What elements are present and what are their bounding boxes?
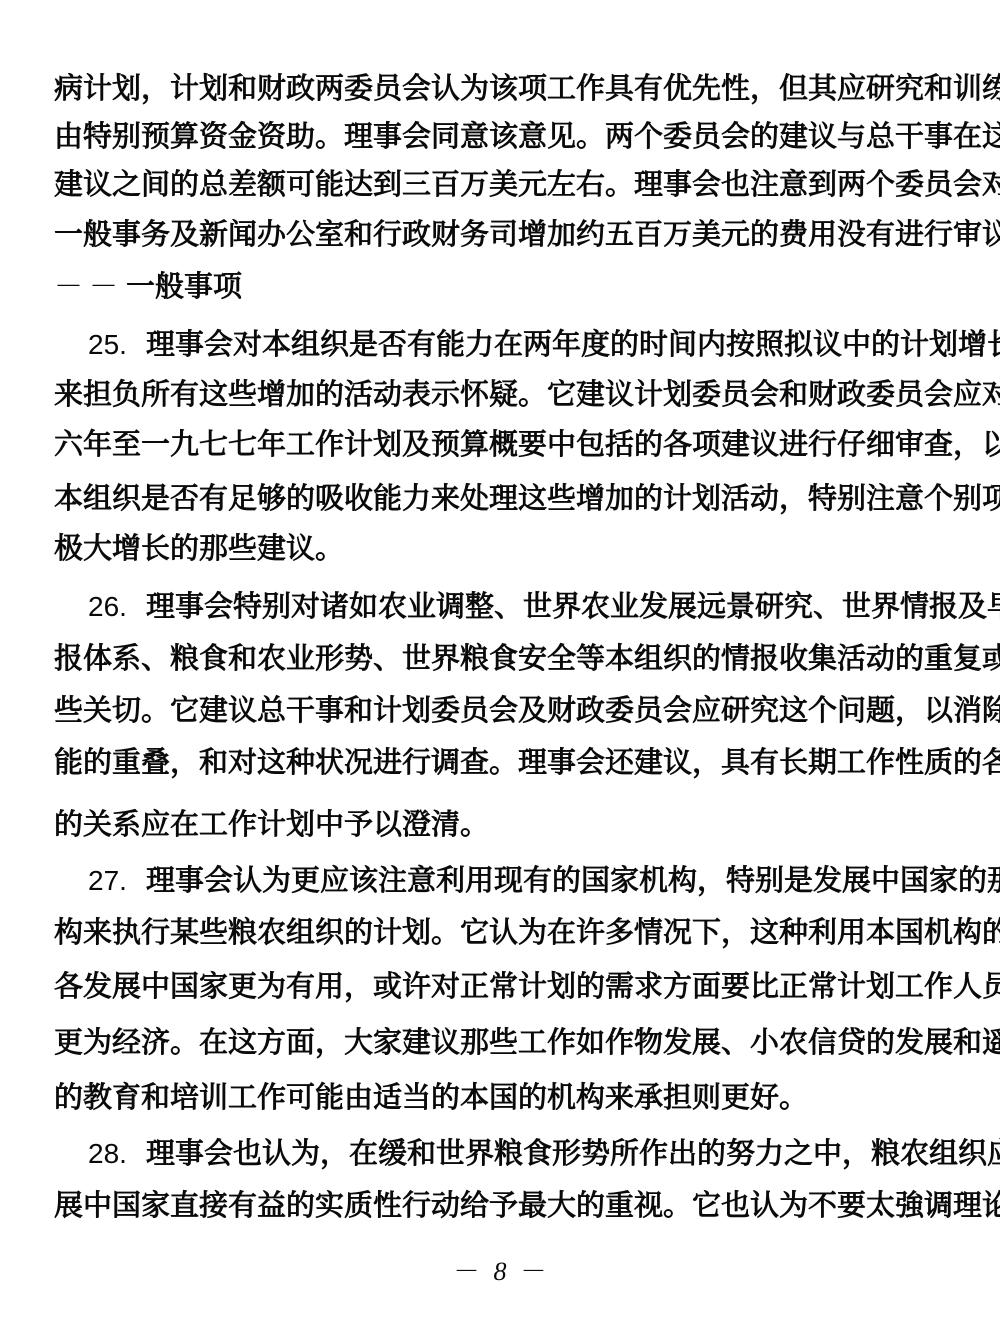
paragraph-27-first-line: 27.理事会认为更应该注意利用现有的国家机构，特别是发展中国家的那些机 bbox=[88, 860, 957, 900]
text-line: 各发展中国家更为有用，或许对正常计划的需求方面要比正常计划工作人员来执行 bbox=[54, 966, 957, 1006]
text-line: 病计划，计划和财政两委员会认为该项工作具有优先性，但其应研究和训练活动应 bbox=[54, 68, 957, 108]
text-line: 能的重叠，和对这种状况进行调查。理事会还建议，具有长期工作性质的各计划间 bbox=[54, 742, 957, 782]
text-line: 建议之间的总差额可能达到三百万美元左右。理事会也注意到两个委员会对准备给 bbox=[54, 164, 957, 204]
paragraph-28-first-line: 28.理事会也认为，在缓和世界粮食形势所作出的努力之中，粮农组织应对发 bbox=[88, 1133, 957, 1173]
text-line: 展中国家直接有益的实质性行动给予最大的重视。它也认为不要太強调理论性研究， bbox=[54, 1185, 957, 1225]
page-number-digit: 8 bbox=[494, 1257, 507, 1286]
text-line: 极大增长的那些建议。 bbox=[54, 528, 957, 568]
page-number-left-dash: － bbox=[453, 1257, 479, 1286]
text-line: 由特别预算资金资助。理事会同意该意见。两个委员会的建议与总干事在这方面的 bbox=[54, 116, 957, 156]
text-line: 一般事务及新闻办公室和行政财务司增加约五百万美元的费用没有进行审议。 bbox=[54, 214, 957, 254]
text-line: 理事会对本组织是否有能力在两年度的时间内按照拟议中的计划增长规模 bbox=[146, 327, 1000, 361]
paragraph-number: 27. bbox=[88, 861, 146, 901]
paragraph-25-first-line: 25.理事会对本组织是否有能力在两年度的时间内按照拟议中的计划增长规模 bbox=[88, 324, 957, 364]
text-line: 更为经济。在这方面，大家建议那些工作如作物发展、小农信贷的发展和遥测方面 bbox=[54, 1022, 957, 1062]
paragraph-number: 26. bbox=[88, 587, 146, 627]
document-page: 病计划，计划和财政两委员会认为该项工作具有优先性，但其应研究和训练活动应 由特别… bbox=[0, 0, 1000, 1327]
paragraph-26-first-line: 26.理事会特别对诸如农业调整、世界农业发展远景研究、世界情报及早期预 bbox=[88, 586, 957, 626]
page-number-right-dash: － bbox=[521, 1257, 547, 1286]
section-heading: －－一般事项 bbox=[54, 266, 957, 306]
text-line: 六年至一九七七年工作计划及预算概要中包括的各项建议进行仔细审查，以便确定 bbox=[54, 424, 957, 464]
page-number: －8－ bbox=[0, 1256, 1000, 1288]
text-line: 的教育和培训工作可能由适当的本国的机构来承担则更好。 bbox=[54, 1077, 957, 1117]
text-line: 理事会认为更应该注意利用现有的国家机构，特别是发展中国家的那些机 bbox=[146, 863, 1000, 897]
text-line: 报体系、粮食和农业形势、世界粮食安全等本组织的情报收集活动的重复或重叠有 bbox=[54, 638, 957, 678]
paragraph-number: 28. bbox=[88, 1134, 146, 1174]
text-line: 构来执行某些粮农组织的计划。它认为在许多情况下，这种利用本国机构的做法对 bbox=[54, 912, 957, 952]
text-line: 理事会特别对诸如农业调整、世界农业发展远景研究、世界情报及早期预 bbox=[146, 589, 1000, 623]
paragraph-number: 25. bbox=[88, 325, 146, 365]
text-line: 理事会也认为，在缓和世界粮食形势所作出的努力之中，粮农组织应对发 bbox=[146, 1136, 1000, 1170]
text-line: 的关系应在工作计划中予以澄清。 bbox=[54, 804, 957, 844]
text-line: 来担负所有这些增加的活动表示怀疑。它建议计划委员会和财政委员会应对一九七 bbox=[54, 374, 957, 414]
text-line: 本组织是否有足够的吸收能力来处理这些增加的计划活动，特别注意个别项目中有 bbox=[54, 478, 957, 518]
heading-title: 一般事项 bbox=[126, 269, 242, 303]
text-line: 些关切。它建议总干事和计划委员会及财政委员会应研究这个问题，以消除任何可 bbox=[54, 690, 957, 730]
heading-dashes: －－ bbox=[54, 267, 126, 307]
